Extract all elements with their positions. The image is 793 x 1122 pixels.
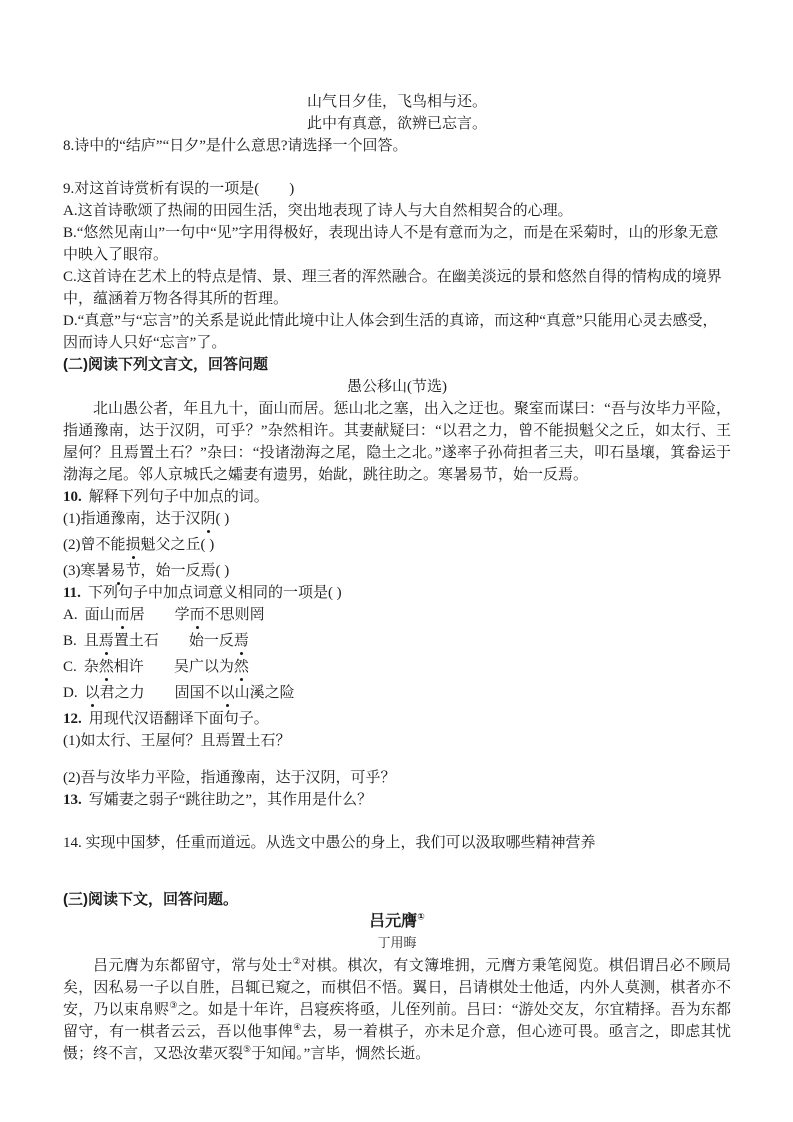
footnote-marker-4: ④ xyxy=(293,1022,301,1032)
passage-text: 吕元膺为东都留守，常与处士 xyxy=(93,958,293,974)
question-9-stem: 9.对这首诗赏析有误的一项是( ) xyxy=(63,178,731,200)
dotted-char: 然 xyxy=(234,656,249,678)
item-text: (3)寒暑 xyxy=(63,563,111,579)
footnote-marker-1: ① xyxy=(417,912,425,922)
question-13-number: 13. xyxy=(63,792,82,808)
question-9-option-c: C.这首诗在艺术上的特点是情、景、理三者的浑然融合。在幽美淡远的景和悠然自得的情… xyxy=(63,266,731,310)
question-11-stem: 11.下列句子中加点词意义相同的一项是( ) xyxy=(63,582,731,604)
section-2-header: (二)阅读下列文言文，回答问题 xyxy=(63,354,731,376)
phrase-text: 杂 xyxy=(84,659,99,675)
question-10-stem-text: 解释下列句子中加点的词。 xyxy=(89,489,269,505)
phrase-text: 山溪之险 xyxy=(235,685,295,701)
dotted-char: 而 xyxy=(190,604,205,626)
question-14: 14. 实现中国梦，任重而道远。从选文中愚公的身上，我们可以汲取哪些精神营养 xyxy=(63,832,731,854)
passage-title-lvyuanying: 吕元膺① xyxy=(63,911,731,933)
dotted-char: 焉 xyxy=(234,630,249,652)
phrase-text: 置土石 xyxy=(114,633,159,649)
question-10-stem: 10.解释下列句子中加点的词。 xyxy=(63,486,731,508)
question-13-text: 写孀妻之弱子“跳往助之”，其作用是什么？ xyxy=(89,792,372,808)
phrase-text: 固国不 xyxy=(175,685,220,701)
question-10-item-3: (3)寒暑易节，始一反焉( ) xyxy=(63,560,731,582)
phrase-text: 居 xyxy=(130,607,145,623)
question-11-option-a: A.面山而居学而不思则罔 xyxy=(63,604,731,626)
passage-text: 于知闻。”言毕，惆然长逝。 xyxy=(251,1046,430,1062)
question-11-option-d: D.以君之力固国不以山溪之险 xyxy=(63,682,731,704)
option-label: A. xyxy=(63,607,78,623)
question-11-number: 11. xyxy=(63,585,81,601)
item-text: (1)指通豫南，达于汉 xyxy=(63,511,201,527)
section-3-header: (三)阅读下文，回答问题。 xyxy=(63,889,731,911)
question-10-number: 10. xyxy=(63,489,82,505)
item-text: (2)曾不能 xyxy=(63,537,126,553)
dotted-char: 以 xyxy=(85,682,100,704)
phrase-text: 面山 xyxy=(85,607,115,623)
passage-title-yugongyishan: 愚公移山(节选) xyxy=(63,376,731,398)
item-text: 节，始一反焉( ) xyxy=(126,563,230,579)
dotted-char: 以 xyxy=(220,682,235,704)
question-9-option-d: D.“真意”与“忘言”的关系是说此情此境中让人体会到生活的真谛，而这种“真意”只… xyxy=(63,310,731,354)
question-10-item-1: (1)指通豫南，达于汉阴( ) xyxy=(63,508,731,530)
question-11-stem-text: 下列句子中加点词意义相同的一项是( ) xyxy=(88,585,342,601)
phrase-text: 君之力 xyxy=(100,685,145,701)
document-page: 山气日夕佳，飞鸟相与还。 此中有真意，欲辨已忘言。 8.诗中的“结庐”“日夕”是… xyxy=(0,0,793,1122)
option-label: B. xyxy=(63,633,77,649)
question-12-stem: 12.用现代汉语翻译下面句子。 xyxy=(63,708,731,730)
question-12-item-1: (1)如太行、王屋何？且焉置土石？ xyxy=(63,730,731,752)
footnote-marker-3: ③ xyxy=(169,1000,177,1010)
question-12-item-2: (2)吾与汝毕力平险，指通豫南，达于汉阴，可乎？ xyxy=(63,767,731,789)
footnote-marker-5: ⑤ xyxy=(243,1044,251,1054)
footnote-marker-2: ② xyxy=(293,956,301,966)
option-label: C. xyxy=(63,659,77,675)
passage-author: 丁用晦 xyxy=(63,933,731,955)
question-9-option-b: B.“悠然见南山”一句中“见”字用得极好，表现出诗人不是有意而为之，而是在采菊时… xyxy=(63,222,731,266)
question-12-stem-text: 用现代汉语翻译下面句子。 xyxy=(89,711,269,727)
dotted-char: 易 xyxy=(111,560,126,582)
passage-lvyuanying: 吕元膺为东都留守，常与处士②对棋。棋次，有文簿堆拥，元膺方秉笔阅览。棋侣谓吕必不… xyxy=(63,955,731,1065)
question-10-item-2: (2)曾不能损魁父之丘( ) xyxy=(63,534,731,556)
item-text: 魁父之丘( ) xyxy=(141,537,215,553)
question-8: 8.诗中的“结庐”“日夕”是什么意思?请选择一个回答。 xyxy=(63,135,731,157)
question-9-option-a: A.这首诗歌颂了热闹的田园生活，突出地表现了诗人与大自然相契合的心理。 xyxy=(63,200,731,222)
question-11-option-c: C.杂然相许吴广以为然 xyxy=(63,656,731,678)
option-label: D. xyxy=(63,685,78,701)
question-13: 13.写孀妻之弱子“跳往助之”，其作用是什么？ xyxy=(63,789,731,811)
phrase-text: 始一反 xyxy=(189,633,234,649)
dotted-char: 焉 xyxy=(99,630,114,652)
dotted-char: 然 xyxy=(99,656,114,678)
title-text: 吕元膺 xyxy=(369,913,417,930)
item-text: ( ) xyxy=(216,511,230,527)
dotted-char: 阴 xyxy=(201,508,216,530)
phrase-text: 吴广以为 xyxy=(174,659,234,675)
phrase-text: 学 xyxy=(175,607,190,623)
phrase-text: 且 xyxy=(84,633,99,649)
phrase-text: 相许 xyxy=(114,659,144,675)
phrase-text: 不思则罔 xyxy=(205,607,265,623)
dotted-char: 而 xyxy=(115,604,130,626)
question-12-number: 12. xyxy=(63,711,82,727)
poem-line-2: 此中有真意，欲辨已忘言。 xyxy=(63,113,731,135)
poem-line-1: 山气日夕佳，飞鸟相与还。 xyxy=(63,91,731,113)
passage-yugongyishan: 北山愚公者，年且九十，面山而居。惩山北之塞，出入之迂也。聚室而谋曰：“吾与汝毕力… xyxy=(63,398,731,486)
question-11-option-b: B.且焉置土石始一反焉 xyxy=(63,630,731,652)
dotted-char: 损 xyxy=(126,534,141,556)
